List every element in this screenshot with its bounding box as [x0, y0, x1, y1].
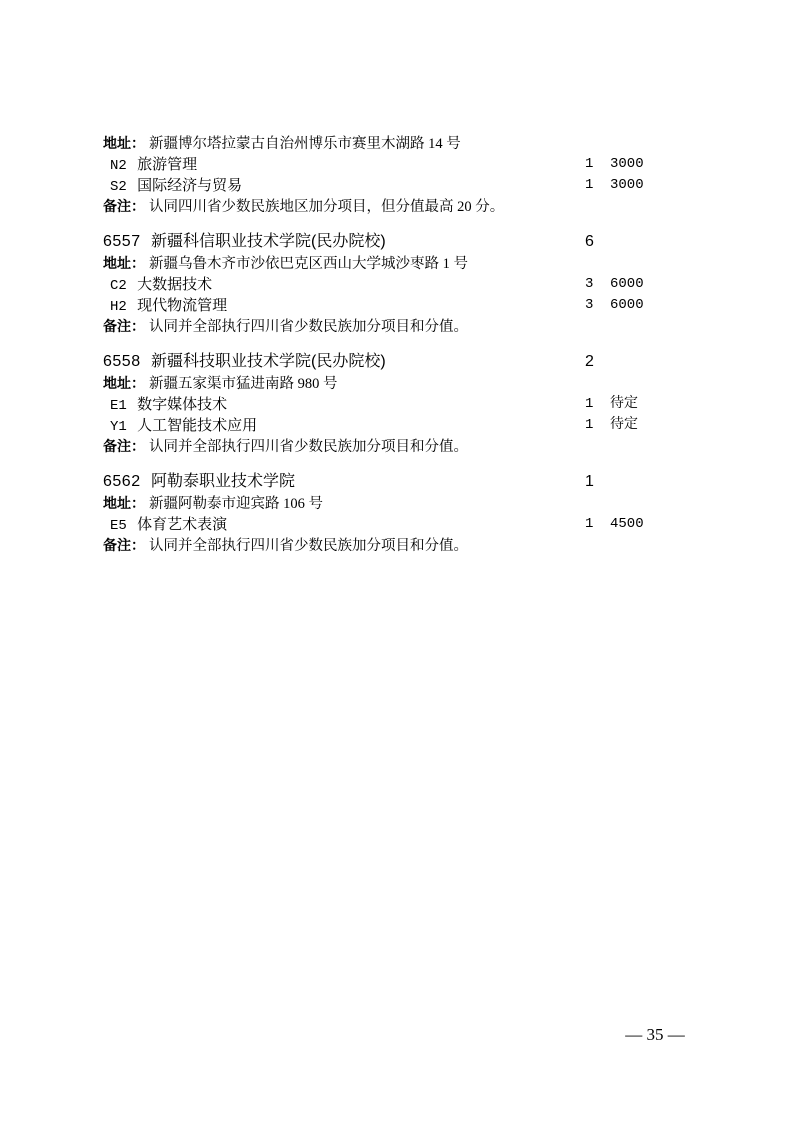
remark-line: 备注：认同四川省少数民族地区加分项目，但分值最高 20 分。 [103, 196, 663, 217]
major-count: 1 [585, 514, 593, 535]
remark-label: 备注： [103, 318, 145, 334]
institution-block: 6562阿勒泰职业技术学院 1 地址：新疆阿勒泰市迎宾路 106 号 E5 体育… [103, 470, 663, 556]
remark-text: 认同并全部执行四川省少数民族加分项目和分值。 [149, 319, 468, 335]
major-row: E1 数字媒体技术 1 待定 [103, 394, 663, 415]
major-fee: 待定 [610, 394, 638, 415]
major-count: 1 [585, 415, 593, 436]
institution-total: 1 [585, 470, 594, 493]
address-text: 新疆五家渠市猛进南路 980 号 [149, 376, 338, 392]
major-count: 1 [585, 394, 593, 415]
institution-block: 6558新疆科技职业技术学院(民办院校) 2 地址：新疆五家渠市猛进南路 980… [103, 350, 663, 457]
institution-header: 6562阿勒泰职业技术学院 1 [103, 470, 663, 493]
remark-text: 认同并全部执行四川省少数民族加分项目和分值。 [149, 439, 468, 455]
institution-name: 新疆科技职业技术学院(民办院校) [151, 353, 386, 370]
address-text: 新疆博尔塔拉蒙古自治州博乐市赛里木湖路 14 号 [149, 136, 461, 152]
major-code: Y1 [110, 417, 133, 438]
major-name: 旅游管理 [137, 156, 197, 173]
institution-code: 6558 [103, 350, 143, 373]
institution-name: 新疆科信职业技术学院(民办院校) [151, 233, 386, 250]
major-row: C2 大数据技术 3 6000 [103, 274, 663, 295]
page-number: — 35 — [600, 1025, 710, 1045]
institution-code: 6557 [103, 230, 143, 253]
admission-plan-list: 地址：新疆博尔塔拉蒙古自治州博乐市赛里木湖路 14 号 N2 旅游管理 1 30… [103, 133, 663, 556]
remark-text: 认同并全部执行四川省少数民族加分项目和分值。 [149, 538, 468, 554]
remark-label: 备注： [103, 198, 145, 214]
remark-line: 备注：认同并全部执行四川省少数民族加分项目和分值。 [103, 535, 663, 556]
institution-header: 6557新疆科信职业技术学院(民办院校) 6 [103, 230, 663, 253]
major-fee: 6000 [610, 295, 644, 316]
institution-block: 6557新疆科信职业技术学院(民办院校) 6 地址：新疆乌鲁木齐市沙依巴克区西山… [103, 230, 663, 337]
major-name: 体育艺术表演 [137, 516, 227, 533]
major-fee: 6000 [610, 274, 644, 295]
institution-block: 地址：新疆博尔塔拉蒙古自治州博乐市赛里木湖路 14 号 N2 旅游管理 1 30… [103, 133, 663, 217]
major-code: E5 [110, 516, 133, 537]
remark-text: 认同四川省少数民族地区加分项目，但分值最高 20 分。 [149, 199, 504, 215]
address-label: 地址： [103, 255, 145, 271]
major-code: N2 [110, 156, 133, 177]
institution-code: 6562 [103, 470, 143, 493]
institution-total: 6 [585, 230, 594, 253]
major-row: E5 体育艺术表演 1 4500 [103, 514, 663, 535]
major-row: S2 国际经济与贸易 1 3000 [103, 175, 663, 196]
address-line: 地址：新疆五家渠市猛进南路 980 号 [103, 373, 663, 394]
major-count: 1 [585, 175, 593, 196]
remark-line: 备注：认同并全部执行四川省少数民族加分项目和分值。 [103, 316, 663, 337]
major-count: 3 [585, 295, 593, 316]
address-label: 地址： [103, 495, 145, 511]
address-line: 地址：新疆乌鲁木齐市沙依巴克区西山大学城沙枣路 1 号 [103, 253, 663, 274]
institution-name: 阿勒泰职业技术学院 [151, 473, 295, 490]
major-name: 现代物流管理 [137, 297, 227, 314]
major-code: C2 [110, 276, 133, 297]
address-line: 地址：新疆阿勒泰市迎宾路 106 号 [103, 493, 663, 514]
major-name: 国际经济与贸易 [137, 177, 242, 194]
major-fee: 4500 [610, 514, 644, 535]
major-name: 人工智能技术应用 [137, 417, 257, 434]
address-label: 地址： [103, 135, 145, 151]
major-code: S2 [110, 177, 133, 198]
institution-header: 6558新疆科技职业技术学院(民办院校) 2 [103, 350, 663, 373]
major-code: H2 [110, 297, 133, 318]
major-row: N2 旅游管理 1 3000 [103, 154, 663, 175]
remark-line: 备注：认同并全部执行四川省少数民族加分项目和分值。 [103, 436, 663, 457]
major-fee: 3000 [610, 154, 644, 175]
major-row: Y1 人工智能技术应用 1 待定 [103, 415, 663, 436]
major-name: 大数据技术 [137, 276, 212, 293]
address-line: 地址：新疆博尔塔拉蒙古自治州博乐市赛里木湖路 14 号 [103, 133, 663, 154]
major-name: 数字媒体技术 [137, 396, 227, 413]
document-page: { "labels": { "address": "地址：", "remark"… [0, 0, 793, 1122]
remark-label: 备注： [103, 537, 145, 553]
address-text: 新疆阿勒泰市迎宾路 106 号 [149, 496, 323, 512]
remark-label: 备注： [103, 438, 145, 454]
major-count: 3 [585, 274, 593, 295]
major-code: E1 [110, 396, 133, 417]
major-row: H2 现代物流管理 3 6000 [103, 295, 663, 316]
major-count: 1 [585, 154, 593, 175]
address-label: 地址： [103, 375, 145, 391]
major-fee: 待定 [610, 415, 638, 436]
institution-total: 2 [585, 350, 594, 373]
address-text: 新疆乌鲁木齐市沙依巴克区西山大学城沙枣路 1 号 [149, 256, 468, 272]
major-fee: 3000 [610, 175, 644, 196]
